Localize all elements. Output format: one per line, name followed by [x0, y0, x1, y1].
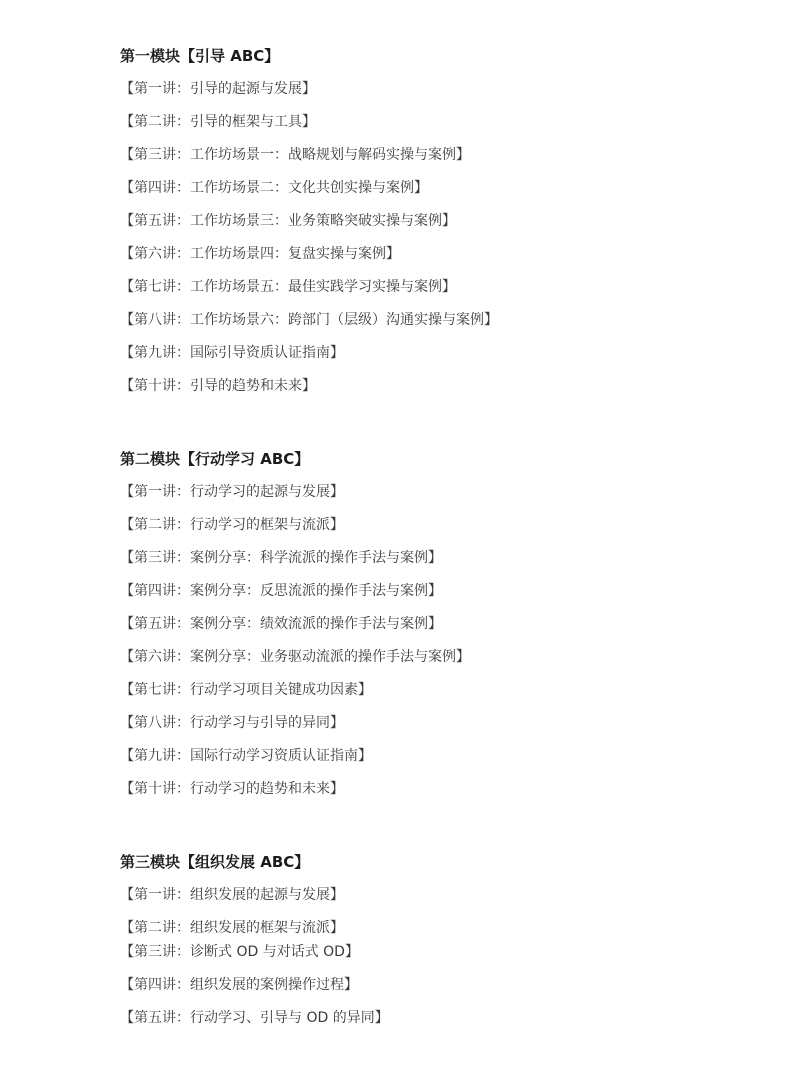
- lecture-item: 【第十讲：引导的趋势和未来】: [120, 376, 740, 396]
- document-page: 第一模块【引导 ABC】 【第一讲：引导的起源与发展】 【第二讲：引导的框架与工…: [0, 0, 800, 1074]
- module-section-1: 第一模块【引导 ABC】 【第一讲：引导的起源与发展】 【第二讲：引导的框架与工…: [120, 45, 740, 396]
- lecture-item: 【第一讲：组织发展的起源与发展】: [120, 885, 740, 905]
- module-title: 第一模块【引导 ABC】: [120, 45, 740, 67]
- lecture-item: 【第八讲：工作坊场景六：跨部门（层级）沟通实操与案例】: [120, 310, 740, 330]
- module-section-2: 第二模块【行动学习 ABC】 【第一讲：行动学习的起源与发展】 【第二讲：行动学…: [120, 448, 740, 799]
- lecture-item: 【第六讲：工作坊场景四：复盘实操与案例】: [120, 244, 740, 264]
- lecture-item: 【第三讲：工作坊场景一：战略规划与解码实操与案例】: [120, 145, 740, 165]
- lecture-item: 【第六讲：案例分享：业务驱动流派的操作手法与案例】: [120, 647, 740, 667]
- lecture-item: 【第一讲：行动学习的起源与发展】: [120, 482, 740, 502]
- lecture-item: 【第二讲：组织发展的框架与流派】: [120, 918, 740, 938]
- lecture-item: 【第七讲：工作坊场景五：最佳实践学习实操与案例】: [120, 277, 740, 297]
- lecture-item: 【第五讲：案例分享：绩效流派的操作手法与案例】: [120, 614, 740, 634]
- lecture-item: 【第八讲：行动学习与引导的异同】: [120, 713, 740, 733]
- lecture-item: 【第五讲：工作坊场景三：业务策略突破实操与案例】: [120, 211, 740, 231]
- lecture-item: 【第二讲：行动学习的框架与流派】: [120, 515, 740, 535]
- lecture-item: 【第九讲：国际行动学习资质认证指南】: [120, 746, 740, 766]
- module-title: 第二模块【行动学习 ABC】: [120, 448, 740, 470]
- lecture-item: 【第一讲：引导的起源与发展】: [120, 79, 740, 99]
- lecture-item: 【第四讲：工作坊场景二：文化共创实操与案例】: [120, 178, 740, 198]
- lecture-item: 【第九讲：国际引导资质认证指南】: [120, 343, 740, 363]
- lecture-item: 【第十讲：行动学习的趋势和未来】: [120, 779, 740, 799]
- lecture-item: 【第三讲：案例分享：科学流派的操作手法与案例】: [120, 548, 740, 568]
- lecture-item: 【第五讲：行动学习、引导与 OD 的异同】: [120, 1008, 740, 1028]
- lecture-item: 【第四讲：案例分享：反思流派的操作手法与案例】: [120, 581, 740, 601]
- module-section-3: 第三模块【组织发展 ABC】 【第一讲：组织发展的起源与发展】 【第二讲：组织发…: [120, 851, 740, 1028]
- lecture-item: 【第三讲：诊断式 OD 与对话式 OD】: [120, 942, 740, 962]
- module-title: 第三模块【组织发展 ABC】: [120, 851, 740, 873]
- lecture-item: 【第四讲：组织发展的案例操作过程】: [120, 975, 740, 995]
- lecture-item: 【第二讲：引导的框架与工具】: [120, 112, 740, 132]
- lecture-item: 【第七讲：行动学习项目关键成功因素】: [120, 680, 740, 700]
